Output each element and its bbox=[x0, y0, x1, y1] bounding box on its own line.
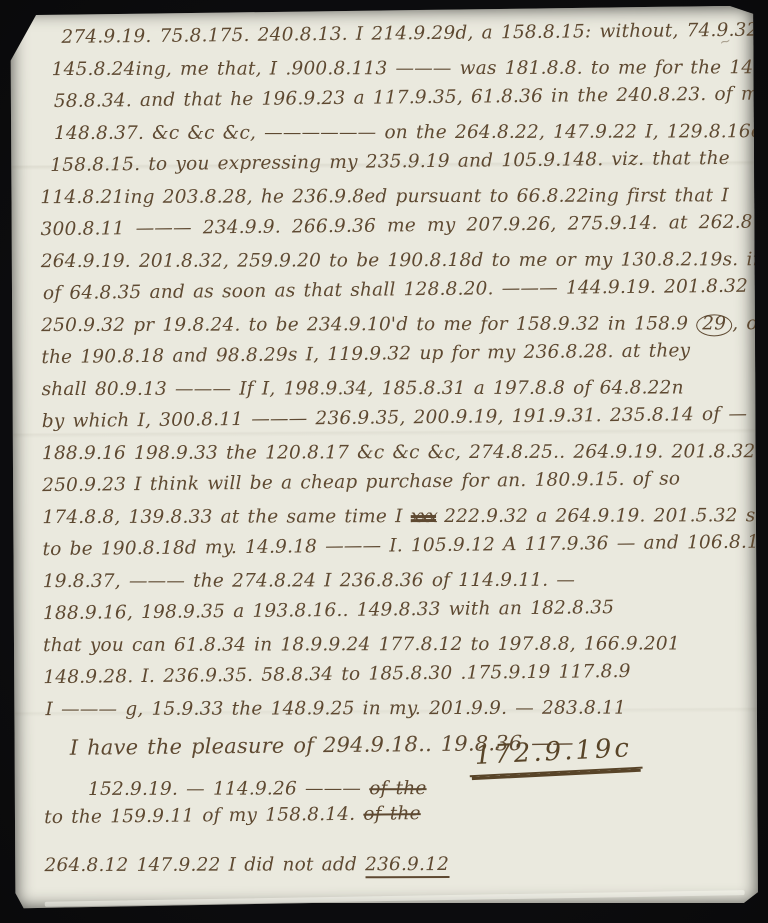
text-segment: 152.9.19. — 114.9.26 ——— bbox=[88, 778, 369, 800]
manuscript-line-1: 274.9.19. 75.8.175. 240.8.13. I 214.9.29… bbox=[39, 15, 725, 54]
text-segment: 145.8.24ing, me that, I .900.8.113 ——— w… bbox=[52, 57, 768, 80]
manuscript-line-21: 148.9.28. I. 236.9.35. 58.8.34 to 185.8.… bbox=[43, 655, 729, 694]
text-segment: shall 80.9.13 ——— If I, 198.9.34, 185.8.… bbox=[42, 377, 684, 400]
text-segment: 222.9.32 a 264.9.19. 201.5.32 s bbox=[436, 505, 755, 527]
manuscript-line-26: 264.8.12 147.9.22 I did not add 236.9.12 bbox=[44, 848, 730, 882]
text-segment-underline: 236.9.12 bbox=[365, 854, 449, 878]
text-segment-scribble: xxx bbox=[411, 506, 436, 527]
text-segment: 274.9.19. 75.8.175. 240.8.13. I 214.9.29… bbox=[61, 18, 768, 48]
text-segment: 264.8.12 147.9.22 I did not add bbox=[44, 854, 365, 876]
letter-page: 274.9.19. 75.8.175. 240.8.13. I 214.9.29… bbox=[9, 6, 758, 910]
text-segment: to the 159.9.11 of my 158.8.14. bbox=[44, 804, 363, 828]
text-segment: the 190.8.18 and 98.8.29s I, 119.9.32 up… bbox=[41, 340, 690, 368]
manuscript-text-block: 274.9.19. 75.8.175. 240.8.13. I 214.9.29… bbox=[9, 6, 758, 910]
manuscript-line-7: 300.8.11 ——— 234.9.9. 266.9.36 me my 207… bbox=[40, 207, 726, 246]
text-segment: that you can 61.8.34 in 18.9.9.24 177.8.… bbox=[43, 633, 680, 656]
manuscript-line-22: I ——— g, 15.9.33 the 148.9.25 in my. 201… bbox=[43, 692, 729, 726]
text-segment: 250.9.32 pr 19.8.24. to be 234.9.10'd to… bbox=[41, 313, 696, 336]
manuscript-line-5: 158.8.15. to you expressing my 235.9.19 … bbox=[40, 143, 726, 182]
text-segment-strike: of the bbox=[369, 778, 426, 799]
text-segment: 188.9.16 198.9.33 the 120.8.17 &c &c &c,… bbox=[42, 441, 768, 464]
manuscript-line-15: 250.9.23 I think will be a cheap purchas… bbox=[42, 463, 728, 502]
text-segment: 188.9.16, 198.9.35 a 193.8.16.. 149.8.33… bbox=[43, 597, 614, 624]
manuscript-line-3: 58.8.34. and that he 196.9.23 a 117.9.35… bbox=[40, 79, 726, 118]
manuscript-line-13: by which I, 300.8.11 ——— 236.9.35, 200.9… bbox=[42, 399, 728, 438]
manuscript-line-25: to the 159.9.11 of my 158.8.14. of the bbox=[44, 797, 730, 832]
text-segment-strike: of the bbox=[363, 803, 421, 825]
text-segment: 250.9.23 I think will be a cheap purchas… bbox=[42, 468, 680, 496]
text-segment: 58.8.34. and that he 196.9.23 a 117.9.35… bbox=[54, 83, 768, 111]
text-segment-circle: 29 bbox=[696, 314, 732, 336]
text-segment: 300.8.11 ——— 234.9.9. 266.9.36 me my 207… bbox=[40, 211, 768, 240]
manuscript-line-17: to be 190.8.18d my. 14.9.18 ——— I. 105.9… bbox=[42, 527, 728, 566]
text-segment: by which I, 300.8.11 ——— 236.9.35, 200.9… bbox=[42, 404, 748, 432]
text-segment: I ——— g, 15.9.33 the 148.9.25 in my. 201… bbox=[46, 698, 627, 721]
text-segment: 114.8.21ing 203.8.28, he 236.9.8ed pursu… bbox=[40, 185, 728, 208]
manuscript-line-19: 188.9.16, 198.9.35 a 193.8.16.. 149.8.33… bbox=[43, 591, 729, 630]
text-segment: of 64.8.35 and as soon as that shall 128… bbox=[43, 276, 766, 305]
text-segment: 19.8.37, ——— the 274.8.24 I 236.8.36 of … bbox=[43, 570, 575, 592]
text-segment: 148.8.37. &c &c &c, —————— on the 264.8.… bbox=[54, 121, 768, 144]
manuscript-line-11: the 190.8.18 and 98.8.29s I, 119.9.32 up… bbox=[41, 335, 727, 374]
text-segment: 148.9.28. I. 236.9.35. 58.8.34 to 185.8.… bbox=[43, 661, 631, 688]
text-segment: 158.8.15. to you expressing my 235.9.19 … bbox=[50, 148, 730, 176]
text-segment: to be 190.8.18d my. 14.9.18 ——— I. 105.9… bbox=[42, 531, 768, 560]
manuscript-line-9: of 64.8.35 and as soon as that shall 128… bbox=[41, 271, 727, 310]
text-segment: 174.8.8, 139.8.33 at the same time I bbox=[42, 506, 410, 528]
text-segment: 264.9.19. 201.8.32, 259.9.20 to be 190.8… bbox=[41, 249, 768, 272]
